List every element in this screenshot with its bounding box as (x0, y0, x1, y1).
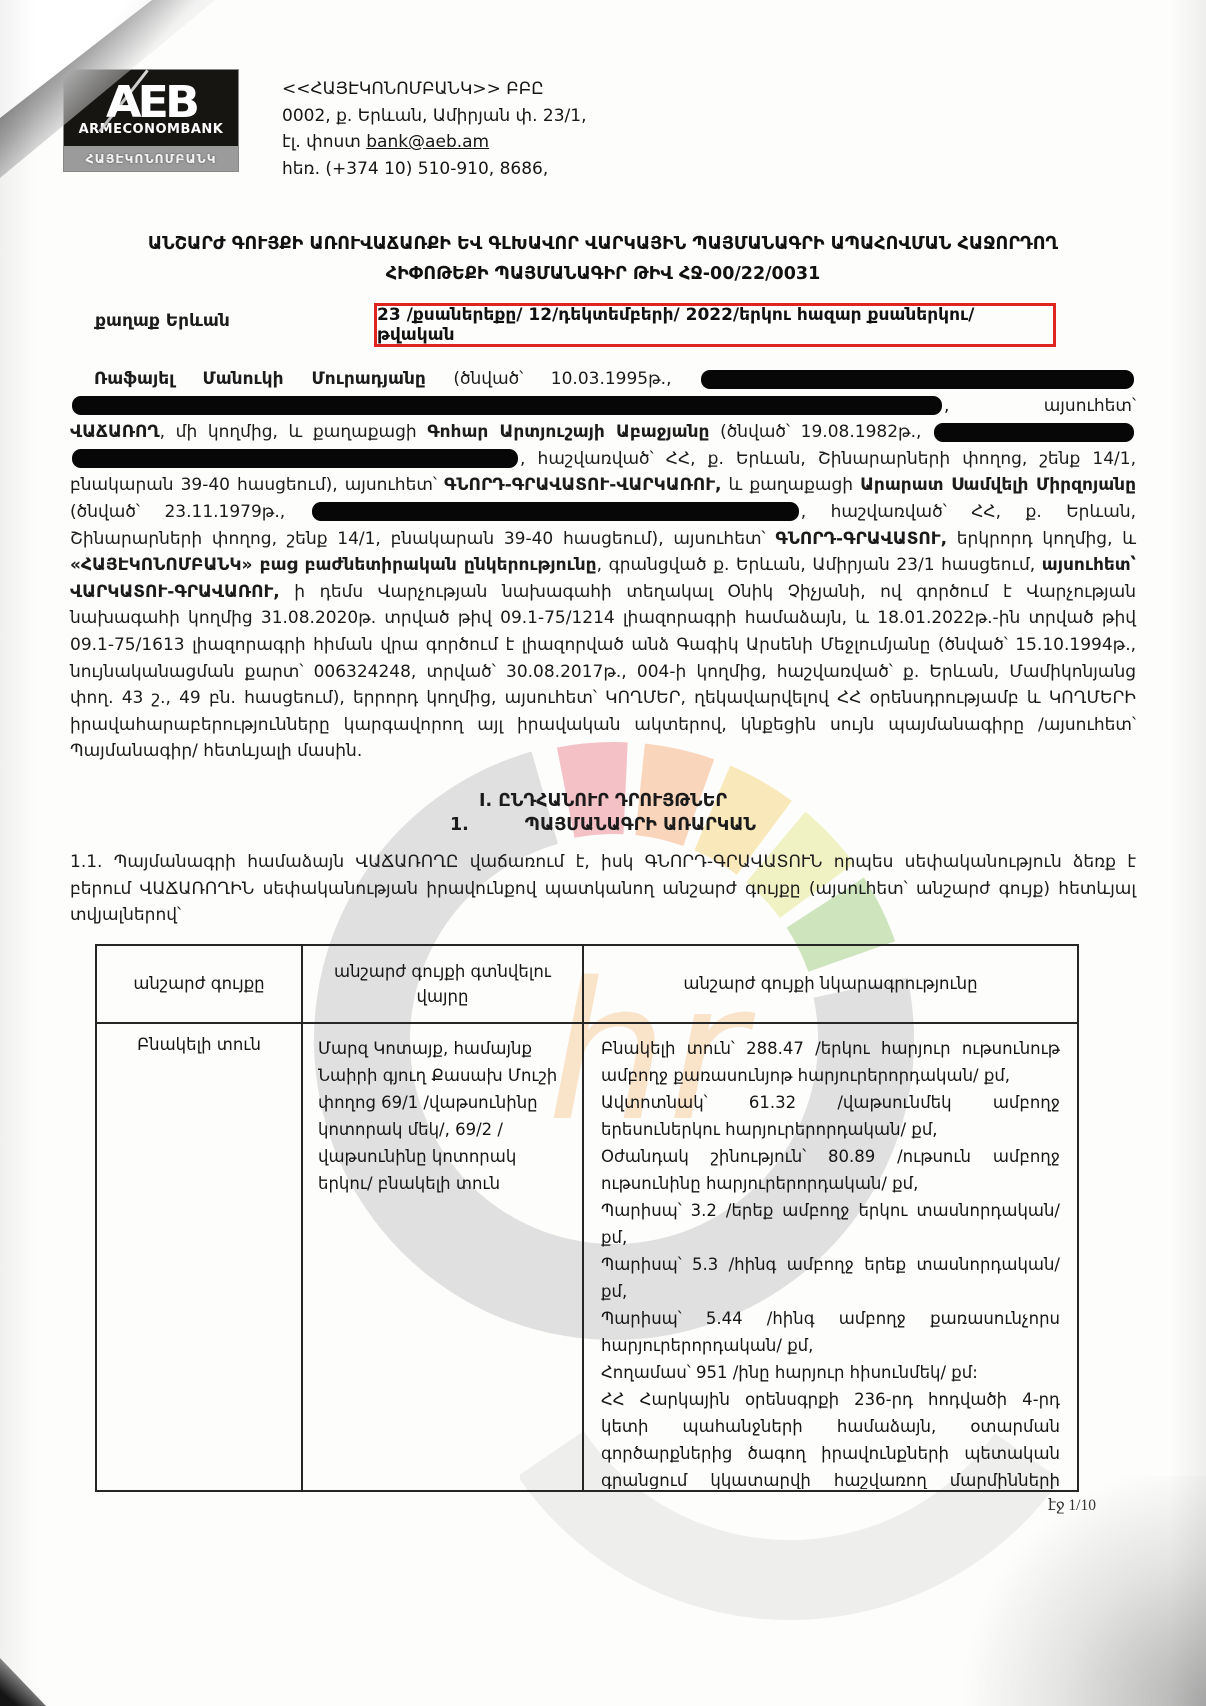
text-run: Գոհար Արտյուշայի Աբաջյանը (427, 422, 709, 442)
table-header-row: անշարժ գույքը անշարժ գույքի գտնվելու վայ… (96, 945, 1078, 1023)
text-run: (ծնված՝ 10.03.1995թ., (426, 369, 699, 389)
scanned-contract-page: { "header": { "logo": { "acronym": "AEB"… (0, 0, 1206, 1706)
text-run: ՎԱՃԱՌՈՂ (70, 422, 160, 442)
text-run: ի դեմս Վարչության նախագահի տեղակալ Օնիկ … (70, 582, 1136, 762)
description-line: ՀՀ Հարկային օրենսգրքի 236-րդ հոդվածի 4-ր… (601, 1386, 1060, 1489)
page-number: էջ 1/10 (1048, 1496, 1096, 1515)
aeb-logo-acronym: AEB (106, 81, 196, 123)
section-heading-subject: 1. ՊԱՅՄԱՆԱԳՐԻ ԱՌԱՐԿԱՆ (0, 815, 1206, 835)
header-location: անշարժ գույքի գտնվելու վայրը (302, 945, 583, 1023)
description-line: Օժանդակ շինություն՝ 80.89 /ութսուն ամբող… (601, 1143, 1060, 1197)
redaction-bar (934, 423, 1134, 442)
redaction-bar (72, 396, 942, 415)
redaction-bar (701, 370, 1134, 389)
scan-shadow-bottom-left (0, 1646, 46, 1706)
clause-number: 1. (450, 815, 469, 835)
description-line: Ավտոտնակ՝ 61.32 /վաթսունմեկ ամբողջ երեսո… (601, 1089, 1060, 1143)
text-run: (ծնված՝ 23.11.1979թ., (70, 502, 310, 522)
text-run: երկրորդ կողմից, և (947, 529, 1136, 549)
parties-paragraph: Ռաֆայել Մանուկի Մուրադյանը (ծնված՝ 10.03… (70, 366, 1136, 765)
section-heading-general: I. ԸՆԴՀԱՆՈՒՐ ԴՐՈՒՅԹՆԵՐ (0, 791, 1206, 811)
date-highlight-box: 23 /քսաներեքը/ 12/դեկտեմբերի/ 2022/երկու… (374, 303, 1056, 347)
email-label: էլ. փոստ (282, 132, 366, 152)
description-line: Հողամաս՝ 951 /ինը հարյուր հիսունմեկ/ քմ: (601, 1359, 1060, 1386)
bank-contact-block: <<ՀԱՅԷԿՈՆՈՄԲԱՆԿ>> ԲԲԸ 0002, ք. Երևան, Ամ… (282, 70, 587, 182)
clause-title: ՊԱՅՄԱՆԱԳՐԻ ԱՌԱՐԿԱՆ (525, 815, 756, 835)
bank-org-name: <<ՀԱՅԷԿՈՆՈՄԲԱՆԿ>> ԲԲԸ (282, 76, 587, 103)
text-run: , այսուհետ՝ (944, 396, 1136, 416)
city-label: քաղաք Երևան (95, 311, 230, 331)
cell-location: Մարզ Կոտայք, համայնք Նաիրի գյուղ Քասախ Մ… (302, 1023, 583, 1491)
bank-email-line: էլ. փոստ bank@aeb.am (282, 129, 587, 156)
header-property: անշարժ գույքը (96, 945, 302, 1023)
description-line: Պարիսպ՝ 5.44 /հինգ ամբողջ քառասունչորս հ… (601, 1305, 1060, 1359)
text-run: ԳՆՈՐԴ-ԳՐԱՎԱՏՈՒ, (775, 529, 947, 549)
table-row: Բնակելի տուն Մարզ Կոտայք, համայնք Նաիրի … (96, 1023, 1078, 1491)
text-run: (ծնված՝ 19.08.1982թ., (709, 422, 932, 442)
aeb-logo-name-hy: ՀԱՅԷԿՈՆՈՄԲԱՆԿ (64, 146, 238, 171)
text-run: Արարատ Սամվելի Միրզոյանը (860, 475, 1136, 495)
bank-address: 0002, ք. Երևան, Ամիրյան փ. 23/1, (282, 103, 587, 130)
text-run: Ռաֆայել Մանուկի Մուրադյանը (94, 369, 426, 389)
contract-title-line1: ԱՆՇԱՐԺ ԳՈՒՅՔԻ ԱՌՈՒՎԱՃԱՌՔԻ ԵՎ ԳԼԽԱՎՈՐ ՎԱՐ… (40, 229, 1166, 259)
bank-email: bank@aeb.am (366, 132, 489, 152)
clause-1-1-text: 1.1. Պայմանագրի համաձայն ՎԱՃԱՌՈՂԸ վաճառո… (70, 849, 1136, 929)
header-description: անշարժ գույքի նկարագրությունը (583, 945, 1078, 1023)
text-run: և քաղաքացի (722, 475, 861, 495)
property-table: անշարժ գույքը անշարժ գույքի գտնվելու վայ… (95, 944, 1079, 1492)
contract-title: ԱՆՇԱՐԺ ԳՈՒՅՔԻ ԱՌՈՒՎԱՃԱՌՔԻ ԵՎ ԳԼԽԱՎՈՐ ՎԱՐ… (40, 229, 1166, 289)
contract-title-line2: ՀԻՓՈԹԵՔԻ ՊԱՅՄԱՆԱԳԻՐ ԹԻՎ ՀՋ-00/22/0031 (40, 259, 1166, 289)
cell-description: Բնակելի տուն՝ 288.47 /երկու հարյուր ութս… (583, 1023, 1078, 1491)
text-run: «ՀԱՅԷԿՈՆՈՄԲԱՆԿ» բաց բաժնետիրական ընկերու… (70, 555, 597, 575)
text-run: , մի կողմից, և քաղաքացի (160, 422, 428, 442)
redaction-bar (72, 449, 518, 468)
document-content: AEB ARMECONOMBANK ՀԱՅԷԿՈՆՈՄԲԱՆԿ <<ՀԱՅԷԿՈ… (0, 0, 1206, 1492)
cell-property: Բնակելի տուն (96, 1023, 302, 1491)
description-line: Բնակելի տուն՝ 288.47 /երկու հարյուր ութս… (601, 1035, 1060, 1089)
city-date-row: քաղաք Երևան 23 /քսաներեքը/ 12/դեկտեմբերի… (0, 303, 1206, 349)
text-run: ԳՆՈՐԴ-ԳՐԱՎԱՏՈՒ-ՎԱՐԿԱՌՈՒ, (444, 475, 722, 495)
description-line: Պարիսպ՝ 5.3 /հինգ ամբողջ երեք տասնորդակա… (601, 1251, 1060, 1305)
bank-phone: հեռ. (+374 10) 510-910, 8686, (282, 156, 587, 183)
description-line: Պարիսպ՝ 3.2 /երեք ամբողջ երկու տասնորդակ… (601, 1197, 1060, 1251)
redaction-bar (312, 502, 799, 521)
text-run: , գրանցված ք. Երևան, Ամիրյան 23/1 հասցեո… (597, 555, 1042, 575)
